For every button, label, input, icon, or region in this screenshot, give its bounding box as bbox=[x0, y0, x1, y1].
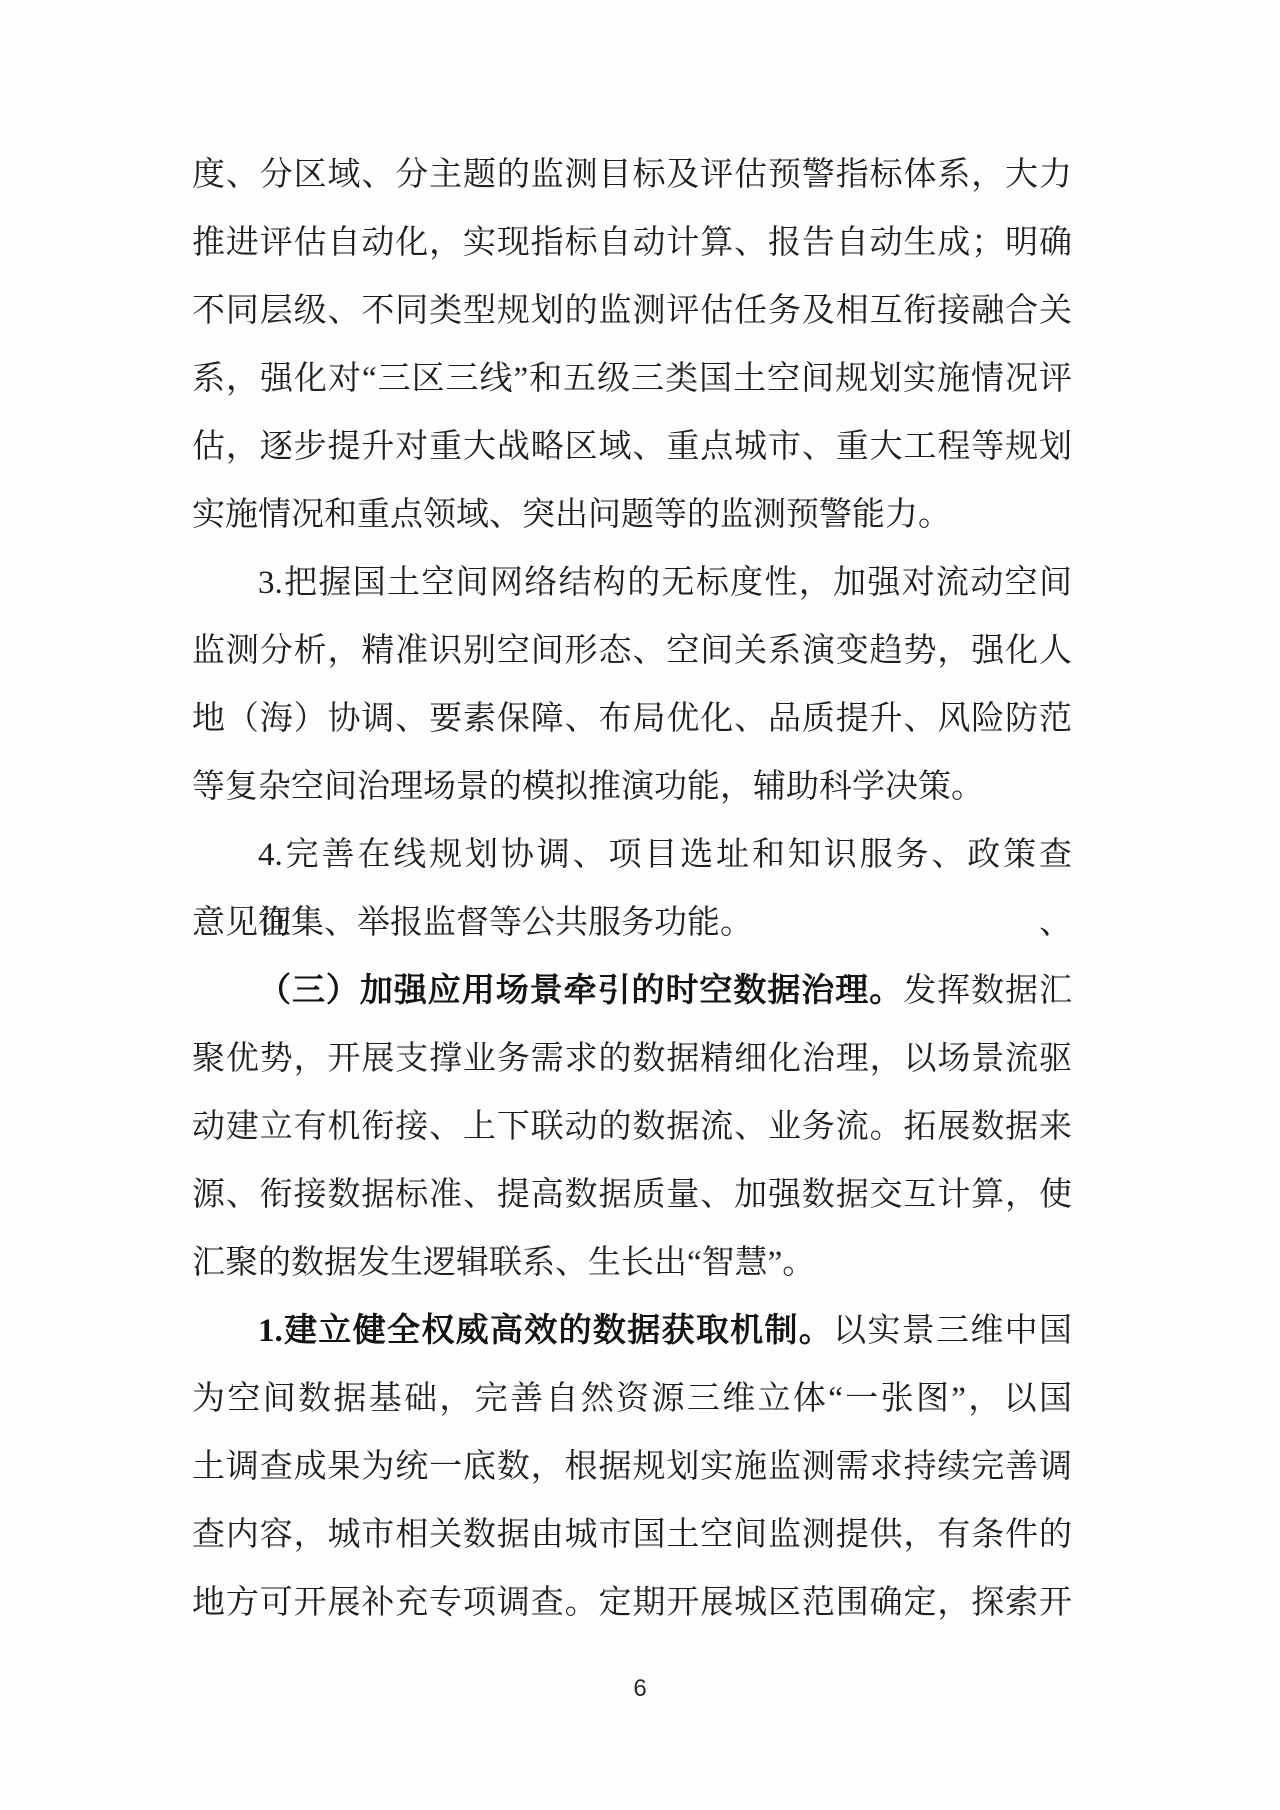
text-line: 推进评估自动化，实现指标自动计算、报告自动生成；明确 bbox=[192, 209, 1072, 277]
text-line: 土调查成果为统一底数，根据规划实施监测需求持续完善调 bbox=[192, 1433, 1072, 1501]
text-line: 3.把握国土空间网络结构的无标度性，加强对流动空间 bbox=[192, 549, 1072, 617]
text-line: 地（海）协调、要素保障、布局优化、品质提升、风险防范 bbox=[192, 685, 1072, 753]
text-line: 1.建立健全权威高效的数据获取机制。以实景三维中国 bbox=[192, 1297, 1072, 1365]
text-run: 以实景三维中国 bbox=[833, 1313, 1072, 1349]
document-page: 度、分区域、分主题的监测目标及评估预警指标体系，大力 推进评估自动化，实现指标自… bbox=[0, 0, 1280, 1810]
page-number: 6 bbox=[0, 1674, 1280, 1704]
text-line: 聚优势，开展支撑业务需求的数据精细化治理，以场景流驱 bbox=[192, 1025, 1072, 1093]
text-line: 实施情况和重点领域、突出问题等的监测预警能力。 bbox=[192, 481, 1072, 549]
text-line: 估，逐步提升对重大战略区域、重点城市、重大工程等规划 bbox=[192, 413, 1072, 481]
text-line: 源、衔接数据标准、提高数据质量、加强数据交互计算，使 bbox=[192, 1161, 1072, 1229]
text-run: 发挥数据汇 bbox=[903, 973, 1072, 1009]
document-body: 度、分区域、分主题的监测目标及评估预警指标体系，大力 推进评估自动化，实现指标自… bbox=[192, 141, 1072, 1637]
text-line: 监测分析，精准识别空间形态、空间关系演变趋势，强化人 bbox=[192, 617, 1072, 685]
text-line: 动建立有机衔接、上下联动的数据流、业务流。拓展数据来 bbox=[192, 1093, 1072, 1161]
text-line: 度、分区域、分主题的监测目标及评估预警指标体系，大力 bbox=[192, 141, 1072, 209]
section-heading-run: （三）加强应用场景牵引的时空数据治理。 bbox=[258, 973, 903, 1009]
text-line: 不同层级、不同类型规划的监测评估任务及相互衔接融合关 bbox=[192, 277, 1072, 345]
text-line: 系，强化对“三区三线”和五级三类国土空间规划实施情况评 bbox=[192, 345, 1072, 413]
text-line: 为空间数据基础，完善自然资源三维立体“一张图”，以国 bbox=[192, 1365, 1072, 1433]
text-line: 4.完善在线规划协调、项目选址和知识服务、政策查询、 bbox=[192, 821, 1072, 889]
text-line: 地方可开展补充专项调查。定期开展城区范围确定，探索开 bbox=[192, 1569, 1072, 1637]
text-line: 汇聚的数据发生逻辑联系、生长出“智慧”。 bbox=[192, 1229, 1072, 1297]
text-line: 查内容，城市相关数据由城市国土空间监测提供，有条件的 bbox=[192, 1501, 1072, 1569]
text-line: 等复杂空间治理场景的模拟推演功能，辅助科学决策。 bbox=[192, 753, 1072, 821]
numbered-item-heading-run: 1.建立健全权威高效的数据获取机制。 bbox=[258, 1313, 833, 1349]
text-line: （三）加强应用场景牵引的时空数据治理。发挥数据汇 bbox=[192, 957, 1072, 1025]
